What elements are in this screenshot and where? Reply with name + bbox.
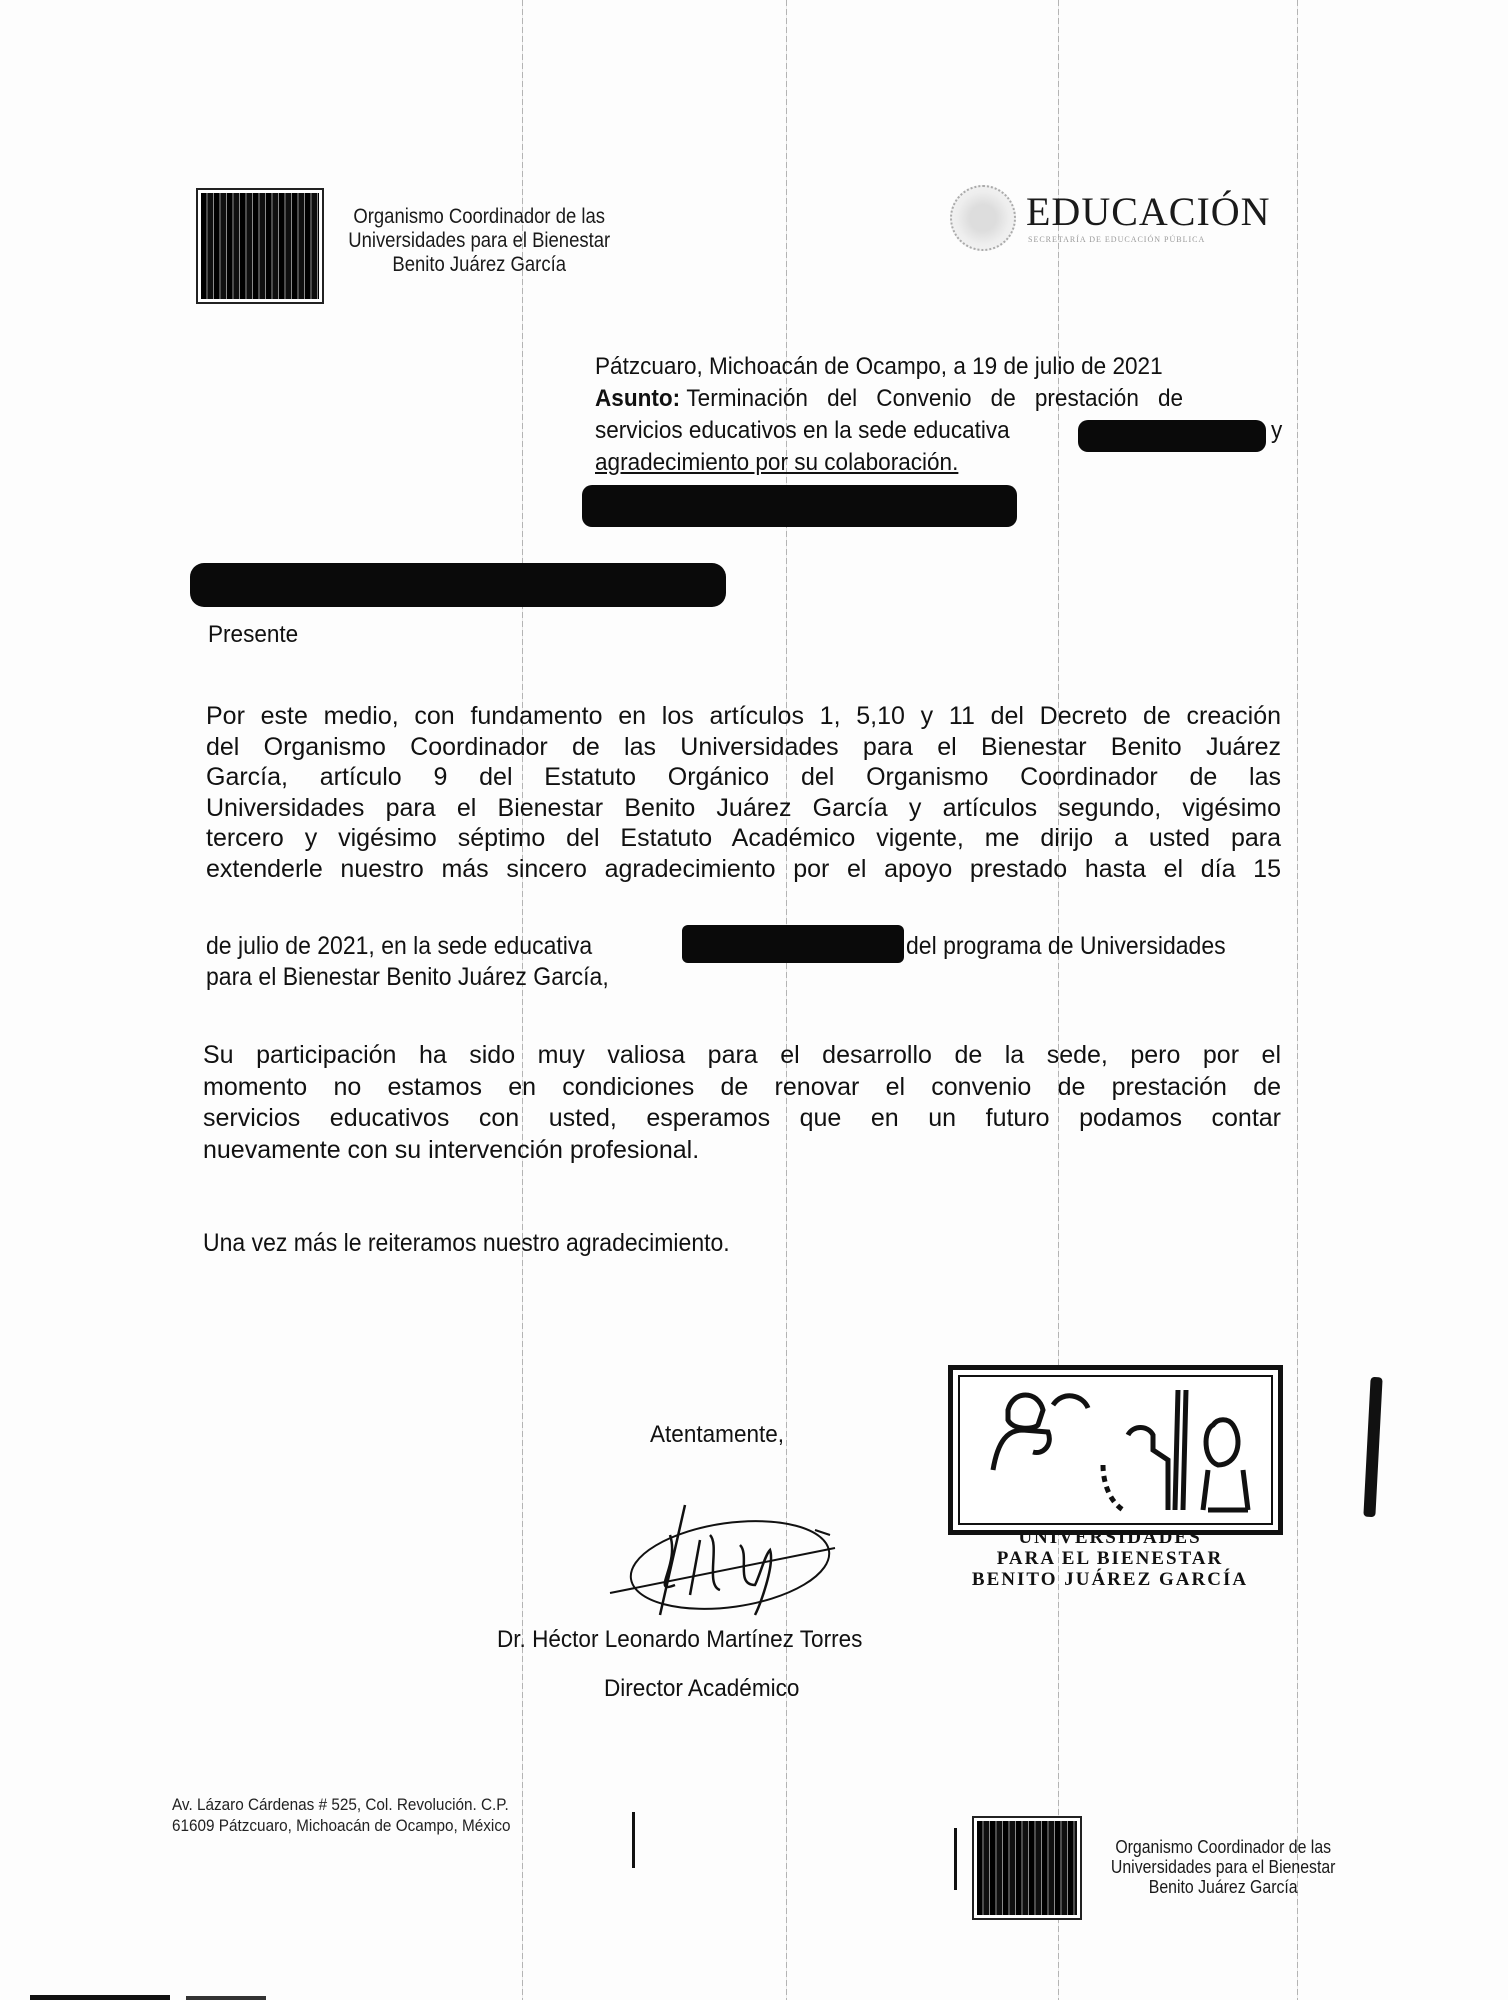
paragraph-line: extenderle nuestro más sincero agradecim… bbox=[206, 854, 1281, 885]
subject-line-2-end: y bbox=[1271, 416, 1282, 446]
address-line: Av. Lázaro Cárdenas # 525, Col. Revoluci… bbox=[172, 1794, 510, 1815]
header-org-name: Organismo Coordinador de las Universidad… bbox=[334, 205, 624, 277]
paragraph-line: Universidades para el Bienestar Benito J… bbox=[206, 793, 1281, 824]
body-paragraph-2: Su participación ha sido muy valiosa par… bbox=[203, 1040, 1281, 1166]
paragraph-line: tercero y vigésimo séptimo del Estatuto … bbox=[206, 823, 1281, 854]
paragraph-line: del programa de Universidades bbox=[906, 931, 1226, 961]
org-name-line: Organismo Coordinador de las bbox=[1100, 1837, 1346, 1857]
org-name-line: Benito Juárez García bbox=[1100, 1877, 1346, 1897]
logo-image-fill bbox=[977, 1821, 1077, 1915]
footer-divider bbox=[954, 1828, 957, 1890]
org-name-line: Universidades para el Bienestar bbox=[1100, 1857, 1346, 1877]
subject-label: Asunto: bbox=[595, 385, 680, 412]
paragraph-line: García, artículo 9 del Estatuto Orgánico… bbox=[206, 762, 1281, 793]
stamp-label: UNIVERSIDADES PARA EL BIENESTAR BENITO J… bbox=[960, 1527, 1260, 1590]
paragraph-line: del Organismo Coordinador de las Univers… bbox=[206, 732, 1281, 763]
footer-org-name: Organismo Coordinador de las Universidad… bbox=[1100, 1837, 1346, 1897]
paragraph-line: momento no estamos en condiciones de ren… bbox=[203, 1072, 1281, 1104]
stamp-line: PARA EL BIENESTAR bbox=[960, 1548, 1260, 1569]
paragraph-line: de julio de 2021, en la sede educativa bbox=[206, 931, 592, 961]
closing-line: Una vez más le reiteramos nuestro agrade… bbox=[203, 1228, 730, 1258]
recipient-redaction bbox=[190, 563, 726, 607]
scan-ink-mark bbox=[1363, 1377, 1382, 1517]
paragraph-line: Por este medio, con fundamento en los ar… bbox=[206, 701, 1281, 732]
stamp-figures-icon bbox=[953, 1370, 1278, 1530]
paragraph-line: Su participación ha sido muy valiosa par… bbox=[203, 1040, 1281, 1072]
stamp-line: UNIVERSIDADES bbox=[960, 1527, 1260, 1548]
org-name-line: Universidades para el Bienestar bbox=[334, 229, 624, 253]
organism-logo-image bbox=[196, 188, 324, 304]
paragraph-line: servicios educativos con usted, esperamo… bbox=[203, 1103, 1281, 1135]
signature-icon bbox=[590, 1495, 850, 1625]
logo-image-fill bbox=[201, 193, 319, 299]
redaction-bar bbox=[682, 925, 904, 963]
subject-line-1: Asunto: Terminación del Convenio de pres… bbox=[595, 384, 1285, 414]
place-date: Pátzcuaro, Michoacán de Ocampo, a 19 de … bbox=[595, 352, 1163, 382]
stamp-line: BENITO JUÁREZ GARCÍA bbox=[960, 1569, 1260, 1590]
university-stamp bbox=[948, 1365, 1283, 1535]
subject-text: Terminación del Convenio de prestación d… bbox=[686, 385, 1183, 412]
signer-title: Director Académico bbox=[604, 1674, 799, 1704]
redaction-bar bbox=[582, 485, 1017, 527]
valediction: Atentamente, bbox=[650, 1420, 784, 1450]
paragraph-line: para el Bienestar Benito Juárez García, bbox=[206, 962, 609, 992]
sep-logo-subtitle: SECRETARÍA DE EDUCACIÓN PÚBLICA bbox=[1028, 235, 1205, 244]
body-paragraph-1: Por este medio, con fundamento en los ar… bbox=[206, 701, 1281, 885]
mexico-seal-icon bbox=[950, 185, 1016, 251]
scan-edge-mark bbox=[30, 1995, 170, 2000]
footer-logo-image bbox=[972, 1816, 1082, 1920]
footer-divider bbox=[632, 1812, 635, 1868]
scan-fold-line bbox=[522, 0, 523, 2000]
subject-line-3: agradecimiento por su colaboración. bbox=[595, 448, 958, 478]
org-name-line: Organismo Coordinador de las bbox=[334, 205, 624, 229]
sep-logo-title: EDUCACIÓN bbox=[1026, 188, 1271, 235]
signer-name: Dr. Héctor Leonardo Martínez Torres bbox=[497, 1625, 862, 1655]
footer-address: Av. Lázaro Cárdenas # 525, Col. Revoluci… bbox=[172, 1794, 510, 1836]
org-name-line: Benito Juárez García bbox=[334, 253, 624, 277]
scan-edge-mark bbox=[186, 1996, 266, 2000]
address-line: 61609 Pátzcuaro, Michoacán de Ocampo, Mé… bbox=[172, 1815, 510, 1836]
scan-fold-line bbox=[1058, 0, 1059, 2000]
paragraph-line: nuevamente con su intervención profesion… bbox=[203, 1135, 1281, 1167]
subject-line-2: servicios educativos en la sede educativ… bbox=[595, 416, 1010, 446]
redaction-bar bbox=[1078, 420, 1266, 452]
salutation: Presente bbox=[208, 620, 298, 650]
scan-fold-line bbox=[1297, 0, 1298, 2000]
